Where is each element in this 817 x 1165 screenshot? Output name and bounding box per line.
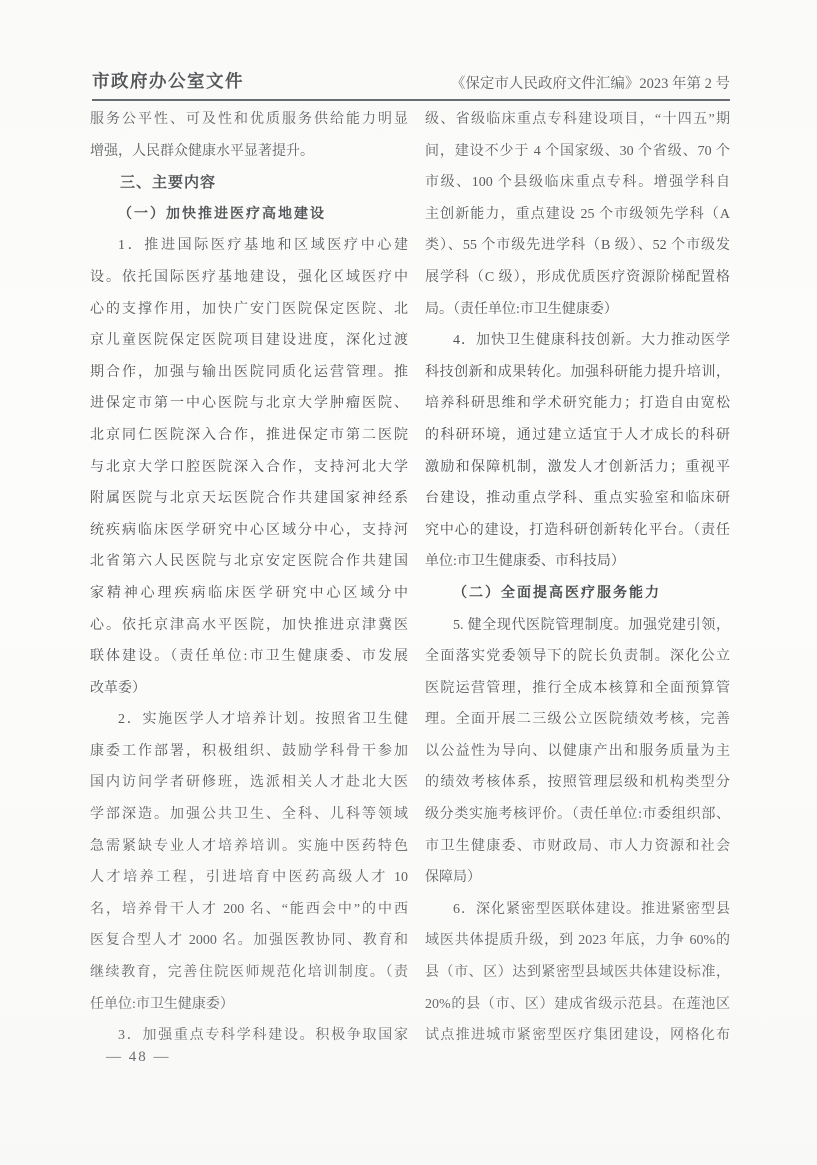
text-line: 与北京大学口腔医院深入合作，支持河北大学	[90, 452, 408, 484]
text-line: 4．加快卫生健康科技创新。大力推动医学	[425, 325, 730, 357]
text-line: 类）、55 个市级先进学科（B 级）、52 个市级发	[425, 230, 730, 262]
text-line: 附属医院与北京天坛医院合作共建国家神经系	[90, 483, 408, 515]
text-line: 的科研环境，通过建立适宜于人才成长的科研	[425, 420, 730, 452]
text-line: 人才培养工程，引进培育中医药高级人才 10	[90, 862, 408, 894]
text-line: 统疾病临床医学研究中心区域分中心，支持河	[90, 515, 408, 547]
left-column: 服务公平性、可及性和优质服务供给能力明显增强，人民群众健康水平显著提升。三、主要…	[90, 104, 408, 1052]
document-body: 服务公平性、可及性和优质服务供给能力明显增强，人民群众健康水平显著提升。三、主要…	[90, 104, 730, 1052]
text-line: 市级、100 个县级临床重点专科。增强学科自	[425, 167, 730, 199]
text-line: 2．实施医学人才培养计划。按照省卫生健	[90, 704, 408, 736]
text-line: 北省第六人民医院与北京安定医院合作共建国	[90, 546, 408, 578]
text-line: 全面落实党委领导下的院长负责制。深化公立	[425, 641, 730, 673]
text-line: 局。（责任单位:市卫生健康委）	[425, 294, 730, 326]
text-line: 期合作，加强与输出医院同质化运营管理。推	[90, 357, 408, 389]
text-line: 改革委）	[90, 673, 408, 705]
text-line: 台建设，推动重点学科、重点实验室和临床研	[425, 483, 730, 515]
text-line: 究中心的建设，打造科研创新转化平台。（责任	[425, 515, 730, 547]
text-line: 理。全面开展二三级公立医院绩效考核，完善	[425, 704, 730, 736]
page-number: — 48 —	[106, 1049, 171, 1066]
text-line: 以公益性为导向、以健康产出和服务质量为主	[425, 736, 730, 768]
text-line: 家精神心理疾病临床医学研究中心区域分中	[90, 578, 408, 610]
text-line: 三、主要内容	[90, 167, 408, 199]
text-line: 级、省级临床重点专科建设项目，“十四五”期	[425, 104, 730, 136]
text-line: 培养科研思维和学术研究能力；打造自由宽松	[425, 388, 730, 420]
text-line: 县（市、区）达到紧密型县域医共体建设标准，	[425, 957, 730, 989]
header-compilation-title: 《保定市人民政府文件汇编》2023 年第 2 号	[451, 72, 730, 93]
text-line: 级分类实施考核评价。（责任单位:市委组织部、	[425, 799, 730, 831]
text-line: （一）加快推进医疗高地建设	[90, 199, 408, 231]
text-line: 激励和保障机制，激发人才创新活力；重视平	[425, 452, 730, 484]
text-line: 名，培养骨干人才 200 名、“能西会中”的中西	[90, 894, 408, 926]
header-document-category: 市政府办公室文件	[92, 68, 244, 93]
text-line: 6．深化紧密型医联体建设。推进紧密型县	[425, 894, 730, 926]
text-line: 增强，人民群众健康水平显著提升。	[90, 136, 408, 168]
text-line: 心。依托京津高水平医院，加快推进京津冀医	[90, 610, 408, 642]
text-line: 心的支撑作用，加快广安门医院保定医院、北	[90, 294, 408, 326]
text-line: 联体建设。（责任单位:市卫生健康委、市发展	[90, 641, 408, 673]
text-line: 20%的县（市、区）建成省级示范县。在莲池区	[425, 989, 730, 1021]
text-line: 服务公平性、可及性和优质服务供给能力明显	[90, 104, 408, 136]
text-line: 市卫生健康委、市财政局、市人力资源和社会	[425, 831, 730, 863]
text-line: 医复合型人才 2000 名。加强医教协同、教育和	[90, 925, 408, 957]
text-line: 域医共体提质升级，到 2023 年底，力争 60%的	[425, 925, 730, 957]
text-line: 保障局）	[425, 862, 730, 894]
text-line: 展学科（C 级），形成优质医疗资源阶梯配置格	[425, 262, 730, 294]
text-line: 科技创新和成果转化。加强科研能力提升培训，	[425, 357, 730, 389]
text-line: 北京同仁医院深入合作，推进保定市第二医院	[90, 420, 408, 452]
text-line: 间，建设不少于 4 个国家级、30 个省级、70 个	[425, 136, 730, 168]
text-line: 单位:市卫生健康委、市科技局）	[425, 546, 730, 578]
right-column: 级、省级临床重点专科建设项目，“十四五”期间，建设不少于 4 个国家级、30 个…	[425, 104, 730, 1052]
text-line: 医院运营管理，推行全成本核算和全面预算管	[425, 673, 730, 705]
text-line: 京儿童医院保定医院项目建设进度，深化过渡	[90, 325, 408, 357]
page-header: 市政府办公室文件 《保定市人民政府文件汇编》2023 年第 2 号	[92, 68, 730, 101]
text-line: 任单位:市卫生健康委）	[90, 989, 408, 1021]
text-line: 继续教育，完善住院医师规范化培训制度。（责	[90, 957, 408, 989]
text-line: 3．加强重点专科学科建设。积极争取国家	[90, 1020, 408, 1052]
text-line: 试点推进城市紧密型医疗集团建设，网格化布	[425, 1020, 730, 1052]
text-line: 的绩效考核体系，按照管理层级和机构类型分	[425, 767, 730, 799]
text-line: 1．推进国际医疗基地和区域医疗中心建	[90, 230, 408, 262]
text-line: 急需紧缺专业人才培养培训。实施中医药特色	[90, 831, 408, 863]
text-line: 主创新能力，重点建设 25 个市级领先学科（A	[425, 199, 730, 231]
text-line: 国内访问学者研修班，选派相关人才赴北大医	[90, 767, 408, 799]
text-line: 5. 健全现代医院管理制度。加强党建引领，	[425, 610, 730, 642]
text-line: （二）全面提高医疗服务能力	[425, 578, 730, 610]
text-line: 学部深造。加强公共卫生、全科、儿科等领域	[90, 799, 408, 831]
text-line: 进保定市第一中心医院与北京大学肿瘤医院、	[90, 388, 408, 420]
text-line: 康委工作部署，积极组织、鼓励学科骨干参加	[90, 736, 408, 768]
text-line: 设。依托国际医疗基地建设，强化区域医疗中	[90, 262, 408, 294]
document-page: 市政府办公室文件 《保定市人民政府文件汇编》2023 年第 2 号 服务公平性、…	[0, 0, 817, 1165]
